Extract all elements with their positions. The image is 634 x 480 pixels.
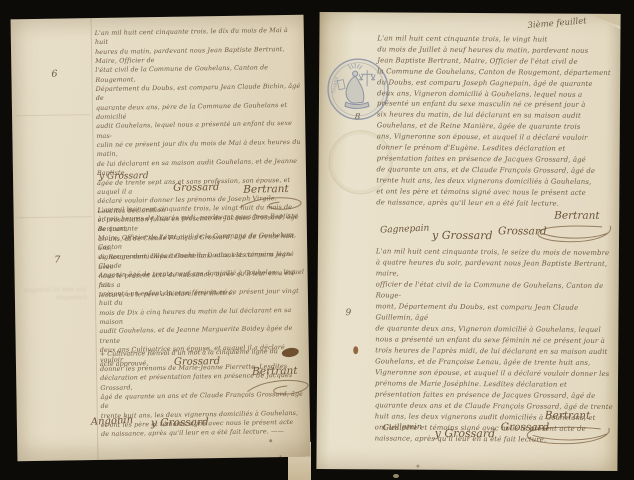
ink-speck [279,455,281,457]
right-register-page: 3ième feuillet TIMBRE 8 L'an mil huit ce… [316,12,620,471]
ink-speck [353,346,358,354]
paper-crease [18,216,92,218]
dog-ear-fold [590,14,620,29]
act-7-body-text: L'an mil huit cent cinquante trois, le v… [97,203,309,440]
signature-witness: Grossard [174,356,220,368]
act-number-margin: 7 [54,255,60,266]
left-register-page: une mot ici le\nsigne du\nmaire 6 L'an m… [11,15,311,462]
signature-witness: Grossard [498,225,547,237]
signature-witness: Grossard [501,421,550,433]
ink-speck [416,465,419,468]
signature-witness: y Grossard [432,229,493,242]
paper-speck [393,474,399,478]
act-number-margin: 6 [51,69,57,80]
paper-crease [16,114,90,116]
signature-witness: y Grossard [435,427,496,440]
signature-witness: y Grossard [151,416,209,429]
signature-father: Gagnepain [380,223,430,235]
signature-father: Angonin [91,415,134,428]
photographed-register-scan: { "scene": { "background_color": "#0d0b0… [0,0,634,480]
act-number-margin: 8 [355,112,360,122]
act-8-body-text: L'an mil huit cent cinquante trois, le v… [376,33,617,209]
signature-witness: Grossard [173,182,219,194]
act-number-margin: 9 [345,308,351,318]
signature-witness: y Grossard [99,171,149,182]
signature-flourish [241,375,311,400]
ink-bleed-through: une mot ici le\nsigne du\nmaire [21,286,87,303]
signature-father: Guillemin [383,422,422,432]
sheet-number-note: 3ième feuillet [527,16,587,31]
ink-speck [269,439,272,442]
